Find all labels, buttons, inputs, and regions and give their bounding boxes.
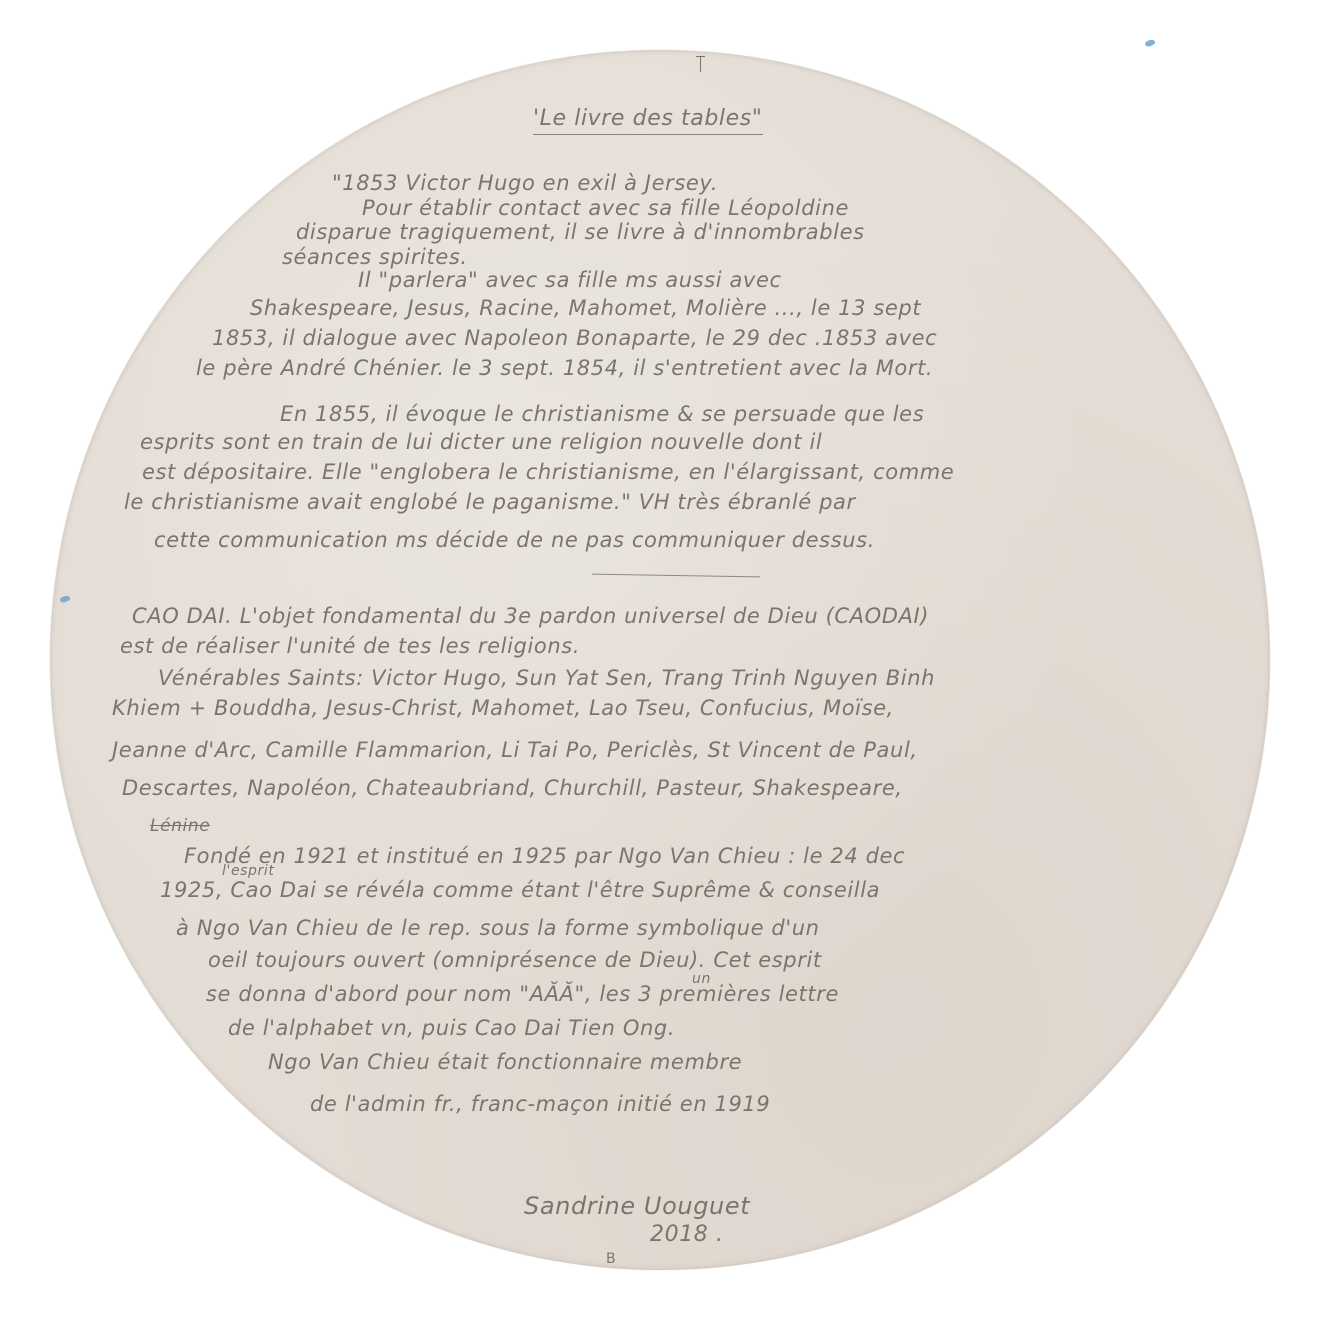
text-line: Ngo Van Chieu était fonctionnaire membre: [268, 1052, 742, 1073]
text-line: est dépositaire. Elle "englobera le chri…: [142, 462, 954, 483]
text-line: séances spirites.: [282, 247, 468, 268]
text-line: est de réaliser l'unité de tes les relig…: [120, 636, 580, 657]
text-line: Il "parlera" avec sa fille ms aussi avec: [358, 270, 782, 291]
text-line: Shakespeare, Jesus, Racine, Mahomet, Mol…: [250, 298, 921, 319]
text-line: Pour établir contact avec sa fille Léopo…: [362, 198, 849, 219]
top-pencil-mark: [700, 56, 701, 72]
text-line: à Ngo Van Chieu de le rep. sous la forme…: [176, 918, 820, 939]
signature-name: Sandrine Uouguet: [524, 1194, 750, 1218]
bottom-mark: B: [606, 1252, 616, 1266]
text-line: Descartes, Napoléon, Chateaubriand, Chur…: [122, 778, 903, 799]
text-line: "1853 Victor Hugo en exil à Jersey.: [332, 173, 718, 194]
struck-word: Lénine: [150, 818, 210, 835]
text-line: 1853, il dialogue avec Napoleon Bonapart…: [212, 328, 937, 349]
text-line: Khiem + Bouddha, Jesus-Christ, Mahomet, …: [112, 698, 894, 719]
text-line: Vénérables Saints: Victor Hugo, Sun Yat …: [158, 668, 935, 689]
text-line: de l'alphabet vn, puis Cao Dai Tien Ong.: [228, 1018, 675, 1039]
insertion-note: l'esprit: [222, 864, 274, 878]
text-line: Jeanne d'Arc, Camille Flammarion, Li Tai…: [112, 740, 918, 761]
text-line: esprits sont en train de lui dicter une …: [140, 432, 822, 453]
text-line: cette communication ms décide de ne pas …: [154, 530, 875, 551]
document-title: 'Le livre des tables": [533, 108, 763, 135]
text-line: oeil toujours ouvert (omniprésence de Di…: [208, 950, 822, 971]
text-line: Fondé en 1921 et institué en 1925 par Ng…: [184, 846, 905, 867]
text-line: CAO DAI. L'objet fondamental du 3e pardo…: [132, 606, 929, 627]
text-line: disparue tragiquement, il se livre à d'i…: [296, 222, 865, 243]
text-line: de l'admin fr., franc-maçon initié en 19…: [310, 1094, 770, 1115]
text-line: se donna d'abord pour nom "AĂĂ", les 3 p…: [206, 984, 839, 1005]
blue-fleck: [1144, 38, 1156, 48]
text-line: 1925, Cao Dai se révéla comme étant l'êt…: [160, 880, 880, 901]
text-line: En 1855, il évoque le christianisme & se…: [280, 404, 924, 425]
text-line: le christianisme avait englobé le pagani…: [124, 492, 856, 513]
signature-year: 2018 .: [650, 1224, 724, 1246]
text-line: le père André Chénier. le 3 sept. 1854, …: [196, 358, 933, 379]
